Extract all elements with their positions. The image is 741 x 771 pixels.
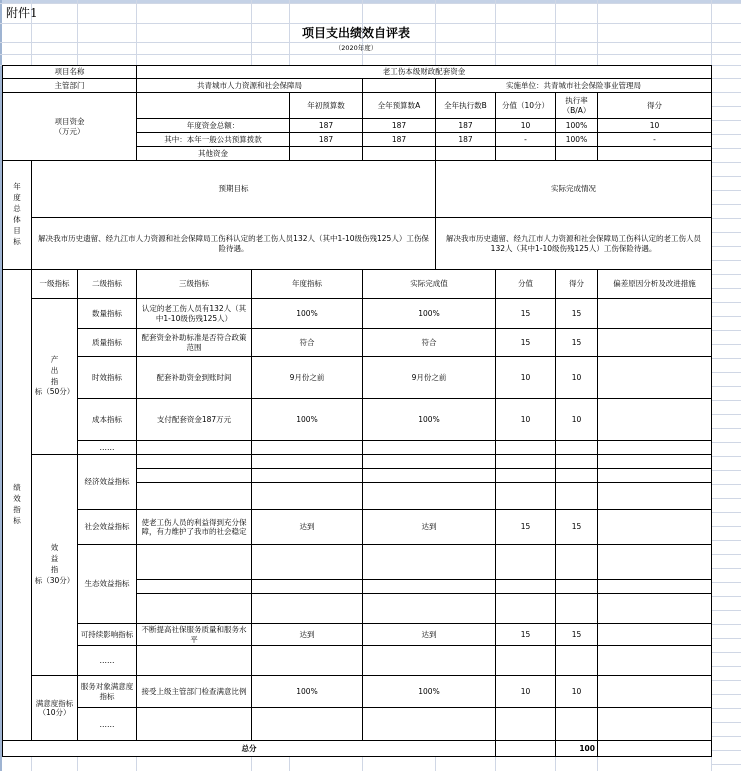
indicator-actual-value[interactable]: 达到 bbox=[362, 509, 496, 545]
indicator-header-2: 三级指标 bbox=[136, 269, 252, 299]
indicator-annual-target[interactable] bbox=[251, 468, 363, 483]
expected-goal-header: 预期目标 bbox=[31, 160, 436, 218]
indicator-level2: 时效指标 bbox=[77, 356, 137, 399]
indicator-actual-value[interactable]: 100% bbox=[362, 675, 496, 708]
indicator-actual-value[interactable] bbox=[362, 440, 496, 455]
indicator-actual-value[interactable]: 100% bbox=[362, 398, 496, 441]
actual-completion-text[interactable]: 解决我市历史遗留、经九江市人力资源和社会保障局工伤科认定的老工伤人员132人（其… bbox=[435, 217, 712, 270]
funds-cell[interactable]: 187 bbox=[435, 132, 496, 147]
indicator-actual-value[interactable] bbox=[362, 544, 496, 580]
indicator-annual-target[interactable] bbox=[251, 482, 363, 510]
indicator-score-value[interactable] bbox=[495, 440, 556, 455]
indicator-level2: 成本指标 bbox=[77, 398, 137, 441]
indicator-deviation[interactable] bbox=[597, 645, 712, 676]
funds-header-0: 年初预算数 bbox=[289, 92, 363, 119]
funds-row-label: 其中：本年一般公共预算拨款 bbox=[136, 132, 290, 147]
indicator-header-4: 实际完成值 bbox=[362, 269, 496, 299]
indicator-score[interactable]: 15 bbox=[555, 298, 598, 329]
indicator-score-value[interactable]: 15 bbox=[495, 298, 556, 329]
indicator-deviation[interactable] bbox=[597, 593, 712, 624]
indicator-score-value[interactable]: 15 bbox=[495, 328, 556, 357]
indicator-score-value[interactable]: 15 bbox=[495, 509, 556, 545]
indicator-score-value[interactable]: 10 bbox=[495, 398, 556, 441]
funds-cell[interactable] bbox=[362, 146, 436, 161]
indicator-level2: …… bbox=[77, 707, 137, 742]
funds-cell[interactable] bbox=[597, 146, 712, 161]
indicator-score-value[interactable] bbox=[495, 454, 556, 469]
indicator-deviation[interactable] bbox=[597, 356, 712, 399]
indicator-level3[interactable] bbox=[136, 440, 252, 455]
funds-cell[interactable]: 10 bbox=[495, 118, 556, 133]
indicator-header-7: 偏差原因分析及改进措施 bbox=[597, 269, 712, 299]
project-name-label: 项目名称 bbox=[2, 65, 137, 79]
indicator-actual-value[interactable]: 100% bbox=[362, 298, 496, 329]
indicator-level3[interactable]: 使老工伤人员的利益得到充分保障，有力维护了我市的社会稳定 bbox=[136, 509, 252, 545]
funds-cell[interactable]: 187 bbox=[435, 118, 496, 133]
indicator-score[interactable] bbox=[555, 440, 598, 455]
indicator-score-value[interactable] bbox=[495, 579, 556, 594]
expected-goal-text[interactable]: 解决我市历史遗留、经九江市人力资源和社会保障局工伤科认定的老工伤人员132人（其… bbox=[31, 217, 436, 270]
dept-label: 主管部门 bbox=[2, 78, 137, 93]
funds-cell[interactable] bbox=[495, 146, 556, 161]
funds-cell[interactable]: 100% bbox=[555, 118, 598, 133]
indicator-header-3: 年度指标 bbox=[251, 269, 363, 299]
indicator-level3[interactable] bbox=[136, 544, 252, 580]
total-score-value-blank bbox=[495, 740, 556, 757]
indicator-score[interactable] bbox=[555, 707, 598, 742]
indicator-score-value[interactable] bbox=[495, 544, 556, 580]
benefit-indicator-label: 效益指标（30分） bbox=[31, 454, 78, 676]
indicator-score-value[interactable] bbox=[495, 482, 556, 510]
indicator-header-5: 分值 bbox=[495, 269, 556, 299]
indicator-level3[interactable] bbox=[136, 482, 252, 510]
funds-cell[interactable] bbox=[435, 146, 496, 161]
indicator-deviation[interactable] bbox=[597, 579, 712, 594]
actual-completion-header: 实际完成情况 bbox=[435, 160, 712, 218]
indicator-level3[interactable] bbox=[136, 707, 252, 742]
indicator-level3[interactable]: 不断提高社保服务质量和服务水平 bbox=[136, 623, 252, 646]
indicator-annual-target[interactable]: 符合 bbox=[251, 328, 363, 357]
indicator-deviation[interactable] bbox=[597, 707, 712, 742]
funds-cell[interactable]: 187 bbox=[289, 132, 363, 147]
total-deviation-blank bbox=[597, 740, 712, 757]
indicator-annual-target[interactable]: 100% bbox=[251, 298, 363, 329]
impl-unit[interactable]: 实施单位：共青城市社会保险事业管理局 bbox=[435, 78, 712, 93]
funds-cell[interactable]: - bbox=[597, 132, 712, 147]
indicator-score[interactable]: 15 bbox=[555, 328, 598, 357]
indicator-actual-value[interactable] bbox=[362, 468, 496, 483]
funds-cell[interactable]: 100% bbox=[555, 132, 598, 147]
indicator-score-value[interactable]: 15 bbox=[495, 623, 556, 646]
indicator-level3[interactable] bbox=[136, 645, 252, 676]
indicator-score-value[interactable] bbox=[495, 468, 556, 483]
indicator-level2: …… bbox=[77, 645, 137, 676]
indicator-level2: 服务对象满意度指标 bbox=[77, 675, 137, 708]
funds-cell[interactable]: 187 bbox=[362, 132, 436, 147]
indicator-score[interactable] bbox=[555, 593, 598, 624]
indicator-annual-target[interactable] bbox=[251, 593, 363, 624]
dept-blank[interactable] bbox=[362, 78, 436, 93]
indicator-score[interactable]: 10 bbox=[555, 675, 598, 708]
indicator-level2: 经济效益指标 bbox=[77, 454, 137, 510]
indicator-score[interactable]: 10 bbox=[555, 356, 598, 399]
funds-header-2: 全年执行数B bbox=[435, 92, 496, 119]
indicator-score[interactable] bbox=[555, 645, 598, 676]
project-name-value[interactable]: 老工伤本级财政配套资金 bbox=[136, 65, 712, 79]
indicator-actual-value[interactable]: 达到 bbox=[362, 623, 496, 646]
indicator-deviation[interactable] bbox=[597, 298, 712, 329]
funds-header-1: 全年预算数A bbox=[362, 92, 436, 119]
indicator-score[interactable]: 15 bbox=[555, 509, 598, 545]
indicator-score[interactable] bbox=[555, 579, 598, 594]
funds-header-5: 得分 bbox=[597, 92, 712, 119]
indicator-score[interactable] bbox=[555, 544, 598, 580]
indicator-actual-value[interactable] bbox=[362, 482, 496, 510]
indicator-deviation[interactable] bbox=[597, 328, 712, 357]
indicator-actual-value[interactable] bbox=[362, 593, 496, 624]
indicator-level2: 生态效益指标 bbox=[77, 544, 137, 624]
indicator-deviation[interactable] bbox=[597, 468, 712, 483]
indicator-level3[interactable]: 配套资金补助标准是否符合政策范围 bbox=[136, 328, 252, 357]
page-title: 项目支出绩效自评表 bbox=[136, 24, 576, 42]
indicator-deviation[interactable] bbox=[597, 675, 712, 708]
indicator-level2: 社会效益指标 bbox=[77, 509, 137, 545]
indicator-deviation[interactable] bbox=[597, 509, 712, 545]
indicator-annual-target[interactable]: 达到 bbox=[251, 623, 363, 646]
indicator-annual-target[interactable]: 100% bbox=[251, 675, 363, 708]
indicators-side-label: 绩效指标 bbox=[2, 269, 32, 741]
indicator-deviation[interactable] bbox=[597, 440, 712, 455]
indicator-score[interactable] bbox=[555, 454, 598, 469]
funds-header-4: 执行率 （B/A） bbox=[555, 92, 598, 119]
indicator-annual-target[interactable] bbox=[251, 454, 363, 469]
funds-label: 项目资金 （万元） bbox=[2, 92, 137, 161]
indicator-level3[interactable] bbox=[136, 454, 252, 469]
indicator-deviation[interactable] bbox=[597, 623, 712, 646]
funds-cell[interactable] bbox=[289, 146, 363, 161]
indicator-actual-value[interactable] bbox=[362, 645, 496, 676]
indicator-annual-target[interactable] bbox=[251, 579, 363, 594]
indicator-annual-target[interactable]: 100% bbox=[251, 398, 363, 441]
total-score: 100 bbox=[555, 740, 598, 757]
funds-header-3: 分值（10分） bbox=[495, 92, 556, 119]
indicator-score[interactable] bbox=[555, 482, 598, 510]
indicator-level3[interactable]: 认定的老工伤人员有132人（其中1-10级伤残125人） bbox=[136, 298, 252, 329]
indicator-level3[interactable]: 支付配套资金187万元 bbox=[136, 398, 252, 441]
indicator-score[interactable]: 10 bbox=[555, 398, 598, 441]
indicator-level2: …… bbox=[77, 440, 137, 455]
indicator-annual-target[interactable]: 达到 bbox=[251, 509, 363, 545]
funds-row-label: 年度资金总额： bbox=[136, 118, 290, 133]
annual-goal-side-label: 年度总体目标 bbox=[2, 160, 32, 270]
funds-cell[interactable]: - bbox=[495, 132, 556, 147]
indicator-annual-target[interactable] bbox=[251, 645, 363, 676]
indicator-header-0: 一级指标 bbox=[31, 269, 78, 299]
funds-header-blank bbox=[136, 92, 290, 119]
indicator-level3[interactable] bbox=[136, 593, 252, 624]
indicator-score-value[interactable]: 10 bbox=[495, 675, 556, 708]
indicator-deviation[interactable] bbox=[597, 544, 712, 580]
indicator-header-1: 二级指标 bbox=[77, 269, 137, 299]
attachment-label: 附件1 bbox=[4, 4, 84, 22]
page-subtitle: （2020年度） bbox=[136, 42, 576, 54]
indicator-annual-target[interactable]: 9月份之前 bbox=[251, 356, 363, 399]
indicator-annual-target[interactable] bbox=[251, 707, 363, 742]
total-label: 总分 bbox=[2, 740, 496, 757]
indicator-score-value[interactable] bbox=[495, 593, 556, 624]
indicator-score-value[interactable]: 10 bbox=[495, 356, 556, 399]
indicator-level3[interactable] bbox=[136, 468, 252, 483]
indicator-level2: 数量指标 bbox=[77, 298, 137, 329]
indicator-score[interactable]: 15 bbox=[555, 623, 598, 646]
funds-cell[interactable]: 187 bbox=[362, 118, 436, 133]
indicator-deviation[interactable] bbox=[597, 482, 712, 510]
indicator-deviation[interactable] bbox=[597, 454, 712, 469]
indicator-annual-target[interactable] bbox=[251, 440, 363, 455]
dept-value[interactable]: 共青城市人力资源和社会保障局 bbox=[136, 78, 363, 93]
funds-row-label: 其他资金 bbox=[136, 146, 290, 161]
indicator-actual-value[interactable]: 符合 bbox=[362, 328, 496, 357]
output-indicator-label: 产出指标（50分） bbox=[31, 298, 78, 455]
funds-cell[interactable]: 187 bbox=[289, 118, 363, 133]
indicator-deviation[interactable] bbox=[597, 398, 712, 441]
indicator-score-value[interactable] bbox=[495, 645, 556, 676]
indicator-level3[interactable]: 配套补助资金到账时间 bbox=[136, 356, 252, 399]
indicator-level3[interactable]: 接受上级主管部门检查满意比例 bbox=[136, 675, 252, 708]
indicator-score[interactable] bbox=[555, 468, 598, 483]
funds-cell[interactable] bbox=[555, 146, 598, 161]
indicator-actual-value[interactable] bbox=[362, 707, 496, 742]
funds-cell[interactable]: 10 bbox=[597, 118, 712, 133]
indicator-header-6: 得分 bbox=[555, 269, 598, 299]
indicator-level3[interactable] bbox=[136, 579, 252, 594]
indicator-actual-value[interactable]: 9月份之前 bbox=[362, 356, 496, 399]
indicator-actual-value[interactable] bbox=[362, 579, 496, 594]
indicator-level2: 质量指标 bbox=[77, 328, 137, 357]
indicator-score-value[interactable] bbox=[495, 707, 556, 742]
indicator-actual-value[interactable] bbox=[362, 454, 496, 469]
indicator-level2: 可持续影响指标 bbox=[77, 623, 137, 646]
satisfaction-indicator-label: 满意度指标（10分） bbox=[31, 675, 78, 741]
indicator-annual-target[interactable] bbox=[251, 544, 363, 580]
